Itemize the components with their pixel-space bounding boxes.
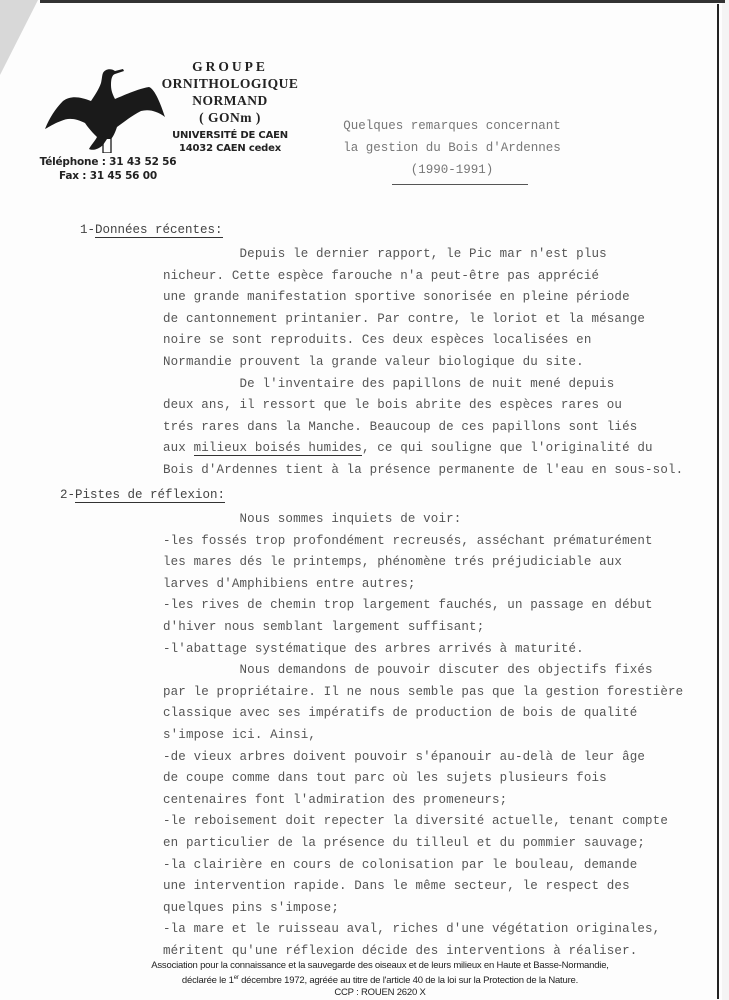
cormorant-logo-icon [45, 65, 165, 153]
text-line: nicheur. Cette espèce farouche n'a peut-… [163, 266, 683, 288]
title-line: la gestion du Bois d'Ardennes [332, 137, 572, 159]
section-1-heading: 1-Données récentes: [80, 223, 223, 237]
address-line: 14032 CAEN cedex [160, 142, 300, 155]
footer-line: CCP : ROUEN 2620 X [100, 987, 660, 999]
text-line: de cantonnement printanier. Par contre, … [163, 309, 683, 331]
address-line: UNIVERSITÉ DE CAEN [160, 129, 300, 142]
text-line: centenaires font l'admiration des promen… [163, 790, 683, 812]
document-page: GROUPE ORNITHOLOGIQUE NORMAND ( GONm ) U… [0, 0, 722, 1000]
title-years: (1990-1991) [332, 159, 572, 181]
text-line: les mares dés le printemps, phénomène tr… [163, 552, 683, 574]
footer-text: déclarée le 1 [182, 975, 234, 986]
text-line: d'hiver nous semblant largement suffisan… [163, 617, 683, 639]
text-line: -la mare et le ruisseau aval, riches d'u… [163, 919, 683, 941]
text-line: une grande manifestation sportive sonori… [163, 287, 683, 309]
telephone: Téléphone : 31 43 52 56 [38, 155, 178, 169]
text-line: aux milieux boisés humides, ce qui souli… [163, 438, 683, 460]
text-line: deux ans, il ressort que le bois abrite … [163, 395, 683, 417]
section-heading-text: Pistes de réflexion: [75, 488, 225, 503]
footer: Association pour la connaissance et la s… [100, 960, 660, 999]
section-2-heading: 2-Pistes de réflexion: [60, 488, 225, 502]
page-corner-shadow [0, 0, 38, 75]
text-line: -les rives de chemin trop largement fauc… [163, 595, 683, 617]
text-line: -l'abattage systématique des arbres arri… [163, 639, 683, 661]
text-line: s'impose ici. Ainsi, [163, 725, 683, 747]
text-line: -la clairière en cours de colonisation p… [163, 855, 683, 877]
org-line: ORNITHOLOGIQUE [160, 75, 300, 92]
title-rule [392, 184, 528, 185]
text-line: en particulier de la présence du tilleul… [163, 833, 683, 855]
page-top-edge [40, 0, 725, 3]
document-title: Quelques remarques concernant la gestion… [332, 115, 572, 181]
org-line: NORMAND [160, 92, 300, 109]
org-line: GROUPE [160, 58, 300, 75]
text-line: Depuis le dernier rapport, le Pic mar n'… [163, 244, 683, 266]
section-number: 2- [60, 488, 75, 502]
section-1-body: Depuis le dernier rapport, le Pic mar n'… [163, 244, 683, 482]
text-line: De l'inventaire des papillons de nuit me… [163, 374, 683, 396]
organization-name: GROUPE ORNITHOLOGIQUE NORMAND ( GONm ) U… [160, 58, 300, 155]
section-number: 1- [80, 223, 95, 237]
text-line: une intervention rapide. Dans le même se… [163, 876, 683, 898]
text-line: de coupe comme dans tout parc où les suj… [163, 768, 683, 790]
fax: Fax : 31 45 56 00 [38, 169, 178, 183]
text-line: classique avec ses impératifs de product… [163, 703, 683, 725]
text-line: trés rares dans la Manche. Beaucoup de c… [163, 417, 683, 439]
text-line: -le reboisement doit repecter la diversi… [163, 811, 683, 833]
text-line: -de vieux arbres doivent pouvoir s'épano… [163, 747, 683, 769]
footer-line: déclarée le 1er décembre 1972, agréée au… [100, 972, 660, 987]
text-line: noire se sont reproduits. Ces deux espèc… [163, 330, 683, 352]
text-line: larves d'Amphibiens entre autres; [163, 574, 683, 596]
section-heading-text: Données récentes: [95, 223, 223, 238]
underlined-phrase: milieux boisés humides [194, 441, 362, 456]
text-line: Bois d'Ardennes tient à la présence perm… [163, 460, 683, 482]
page-right-edge [717, 4, 719, 999]
text-line: -les fossés trop profondément recreusés,… [163, 531, 683, 553]
text-line: par le propriétaire. Il ne nous semble p… [163, 682, 683, 704]
footer-text: décembre 1972, agréée au titre de l'arti… [239, 975, 578, 986]
title-line: Quelques remarques concernant [332, 115, 572, 137]
text-line: quelques pins s'impose; [163, 898, 683, 920]
footer-line: Association pour la connaissance et la s… [100, 960, 660, 972]
section-2-body: Nous sommes inquiets de voir:-les fossés… [163, 509, 683, 962]
text-line: Nous sommes inquiets de voir: [163, 509, 683, 531]
org-acronym: ( GONm ) [160, 109, 300, 126]
text-line: Normandie prouvent la grande valeur biol… [163, 352, 683, 374]
contact-info: Téléphone : 31 43 52 56 Fax : 31 45 56 0… [38, 155, 178, 183]
text-line: Nous demandons de pouvoir discuter des o… [163, 660, 683, 682]
